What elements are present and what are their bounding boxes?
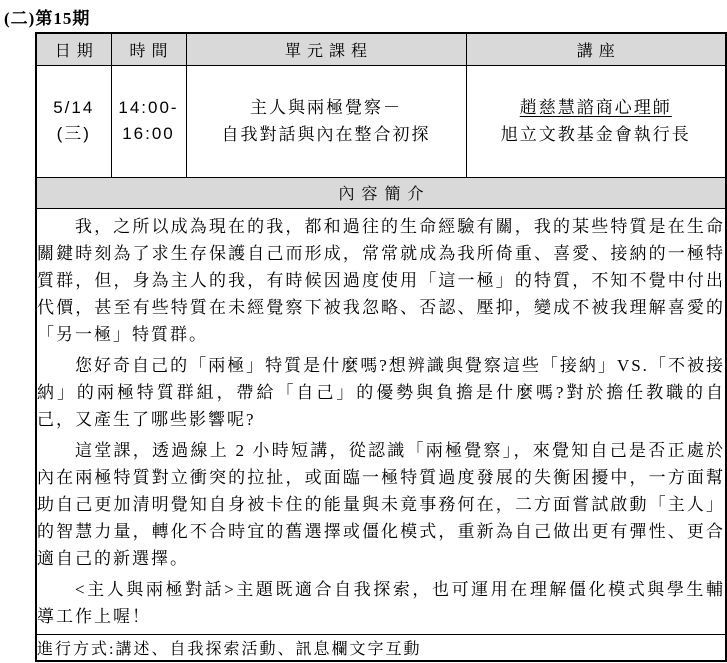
- header-cell-speaker: 講座: [466, 33, 726, 65]
- method-row: 進行方式:講述、自我探索活動、訊息欄文字互動: [36, 634, 726, 661]
- content-paragraph-1: 我，之所以成為現在的我，都和過往的生命經驗有關，我的某些特質是在生命關鍵時刻為了…: [37, 213, 725, 348]
- course-title-line2: 自我對話與內在整合初探: [187, 121, 466, 148]
- session-speaker-cell: 趙慈慧諮商心理師 旭立文教基金會執行長: [466, 65, 726, 177]
- course-schedule-table: 日期 時間 單元課程 講座 5/14 (三) 14:00- 16:00 主人與兩…: [35, 32, 727, 662]
- session-date: 5/14: [37, 95, 111, 121]
- header-row: 日期 時間 單元課程 講座: [36, 33, 726, 65]
- content-paragraph-2: 您好奇自己的「兩極」特質是什麼嗎?想辨識與覺察這些「接納」VS.「不被接納」的兩…: [37, 352, 725, 433]
- content-intro-cell: 我，之所以成為現在的我，都和過往的生命經驗有關，我的某些特質是在生命關鍵時刻為了…: [36, 208, 726, 634]
- header-cell-course: 單元課程: [186, 33, 466, 65]
- course-title-line1: 主人與兩極覺察－: [187, 94, 466, 121]
- session-course-cell: 主人與兩極覺察－ 自我對話與內在整合初探: [186, 65, 466, 177]
- speaker-title: 旭立文教基金會執行長: [467, 121, 726, 148]
- session-time-start: 14:00-: [112, 95, 186, 121]
- content-row: 我，之所以成為現在的我，都和過往的生命經驗有關，我的某些特質是在生命關鍵時刻為了…: [36, 208, 726, 634]
- session-time-end: 16:00: [112, 121, 186, 147]
- session-time-cell: 14:00- 16:00: [111, 65, 186, 177]
- section-header-row: 內容簡介: [36, 177, 726, 208]
- method-text: 進行方式:講述、自我探索活動、訊息欄文字互動: [36, 634, 726, 661]
- content-paragraph-4: <主人與兩極對話>主題既適合自我探索，也可運用在理解僵化模式與學生輔導工作上喔！: [37, 576, 725, 630]
- header-cell-time: 時間: [111, 33, 186, 65]
- content-paragraph-3: 這堂課，透過線上 2 小時短講，從認識「兩極覺察」，來覺知自己是否正處於內在兩極…: [37, 437, 725, 572]
- speaker-name: 趙慈慧諮商心理師: [467, 94, 726, 121]
- session-row: 5/14 (三) 14:00- 16:00 主人與兩極覺察－ 自我對話與內在整合…: [36, 65, 726, 177]
- page-title: (二)第15期: [4, 4, 727, 29]
- section-header-content-intro: 內容簡介: [36, 177, 726, 208]
- session-weekday: (三): [37, 121, 111, 147]
- header-cell-date: 日期: [36, 33, 111, 65]
- session-date-cell: 5/14 (三): [36, 65, 111, 177]
